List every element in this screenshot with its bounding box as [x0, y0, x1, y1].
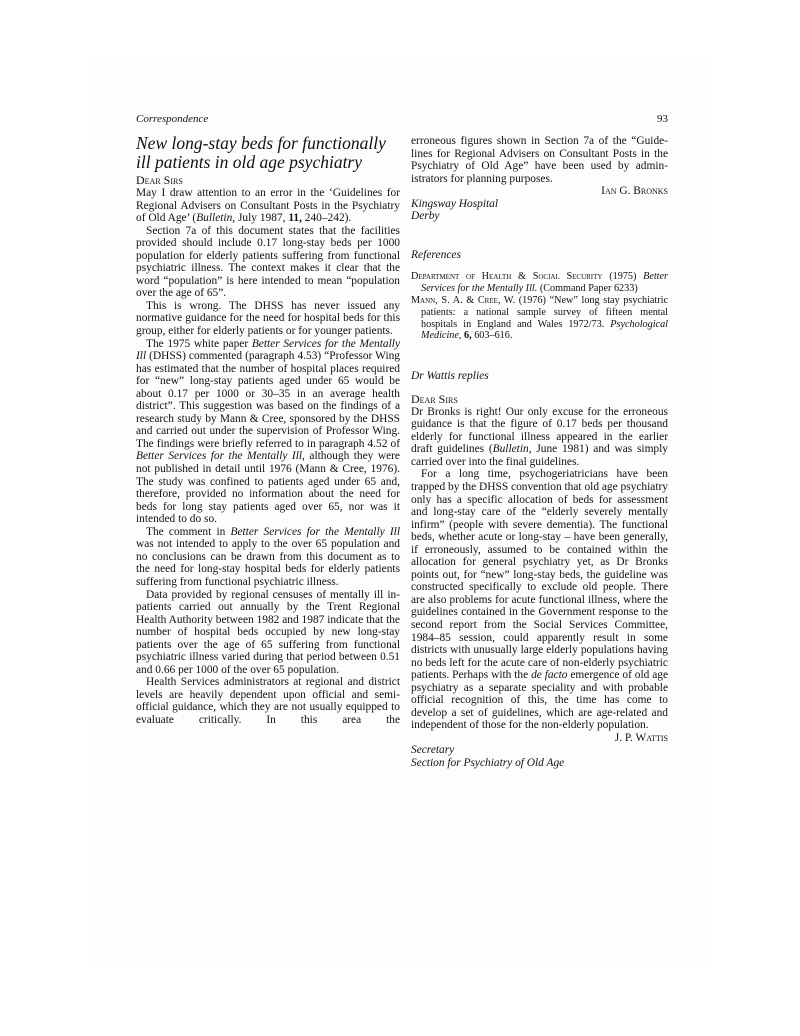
reply-affiliation-line-1: Secretary [411, 744, 668, 757]
left-column: New long-stay beds for functionally ill … [136, 134, 400, 727]
author-address-line-2: Derby [411, 210, 668, 223]
paragraph-7: Health Services administrators at region… [136, 676, 400, 726]
page-number: 93 [657, 112, 668, 126]
paragraph-4: The 1975 white paper Better Services for… [136, 338, 400, 526]
reply-heading: Dr Wattis replies [411, 370, 668, 383]
right-column: erroneous figures shown in Section 7a of… [411, 135, 668, 770]
reply-affiliation-line-2: Section for Psychiatry of Old Age [411, 757, 668, 770]
reply-paragraph-2: For a long time, psychogeriatricians hav… [411, 468, 668, 731]
paragraph-3: This is wrong. The DHSS has never issued… [136, 300, 400, 338]
author-address-line-1: Kingsway Hospital [411, 198, 668, 211]
paragraph-7-continued: erroneous figures shown in Section 7a of… [411, 135, 668, 185]
paragraph-6: Data provided by regional censuses of me… [136, 589, 400, 677]
author-signature: Ian G. Bronks [411, 185, 668, 198]
running-head: Correspondence 93 [136, 112, 668, 126]
section-label: Correspondence [136, 113, 208, 125]
salutation: Dear Sirs [136, 174, 400, 187]
reference-entry: Mann, S. A. & Cree, W. (1976) “New” long… [411, 295, 668, 342]
references-list: Department of Health & Social Security (… [411, 271, 668, 342]
references-heading: References [411, 249, 668, 262]
reference-entry: Department of Health & Social Security (… [411, 271, 668, 295]
paragraph-1: May I draw attention to an error in the … [136, 187, 400, 225]
article-title: New long-stay beds for functionally ill … [136, 134, 400, 172]
reply-salutation: Dear Sirs [411, 393, 668, 406]
reply-signature: J. P. Wattis [411, 732, 668, 745]
paragraph-5: The comment in Better Services for the M… [136, 526, 400, 589]
paragraph-2: Section 7a of this document states that … [136, 225, 400, 300]
reply-paragraph-1: Dr Bronks is right! Our only excuse for … [411, 406, 668, 469]
